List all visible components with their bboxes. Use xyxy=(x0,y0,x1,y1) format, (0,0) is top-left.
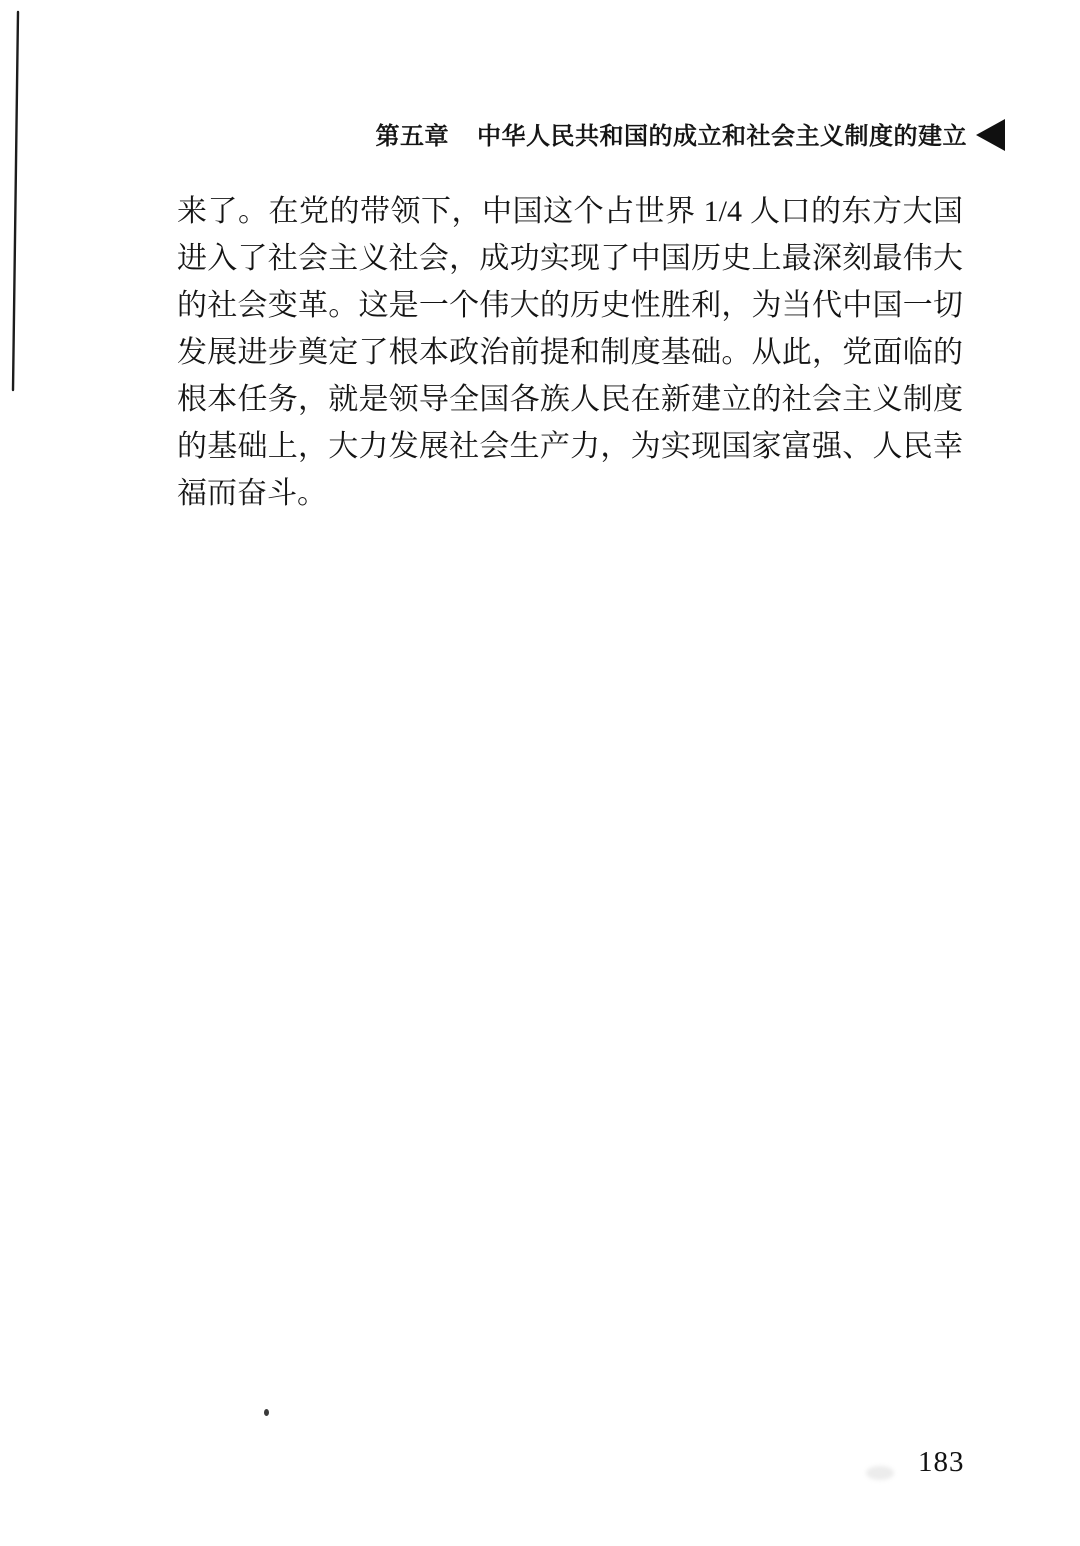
ink-speck-artifact xyxy=(264,1409,269,1416)
scan-smudge-artifact xyxy=(866,1466,894,1480)
body-line: 的基础上，大力发展社会生产力，为实现国家富强、人民幸 xyxy=(177,423,963,470)
left-triangle-icon xyxy=(976,119,1005,151)
body-line: 的社会变革。这是一个伟大的历史性胜利，为当代中国一切 xyxy=(177,282,963,329)
body-line: 发展进步奠定了根本政治前提和制度基础。从此，党面临的 xyxy=(177,329,963,376)
body-line: 进入了社会主义社会，成功实现了中国历史上最深刻最伟大 xyxy=(177,235,963,282)
chapter-title-label: 中华人民共和国的成立和社会主义制度的建立 xyxy=(477,116,967,151)
body-line: 福而奋斗。 xyxy=(177,470,963,517)
page-edge-scan-line-artifact xyxy=(0,0,30,400)
running-header: 第五章 中华人民共和国的成立和社会主义制度的建立 xyxy=(376,116,1006,151)
body-line: 来了。在党的带领下，中国这个占世界 1/4 人口的东方大国 xyxy=(177,188,963,235)
chapter-number-label: 第五章 xyxy=(376,116,450,151)
book-page: 第五章 中华人民共和国的成立和社会主义制度的建立 来了。在党的带领下，中国这个占… xyxy=(0,0,1080,1546)
body-line: 根本任务，就是领导全国各族人民在新建立的社会主义制度 xyxy=(177,376,963,423)
body-paragraph: 来了。在党的带领下，中国这个占世界 1/4 人口的东方大国进入了社会主义社会，成… xyxy=(177,188,963,517)
page-number: 183 xyxy=(918,1446,965,1479)
